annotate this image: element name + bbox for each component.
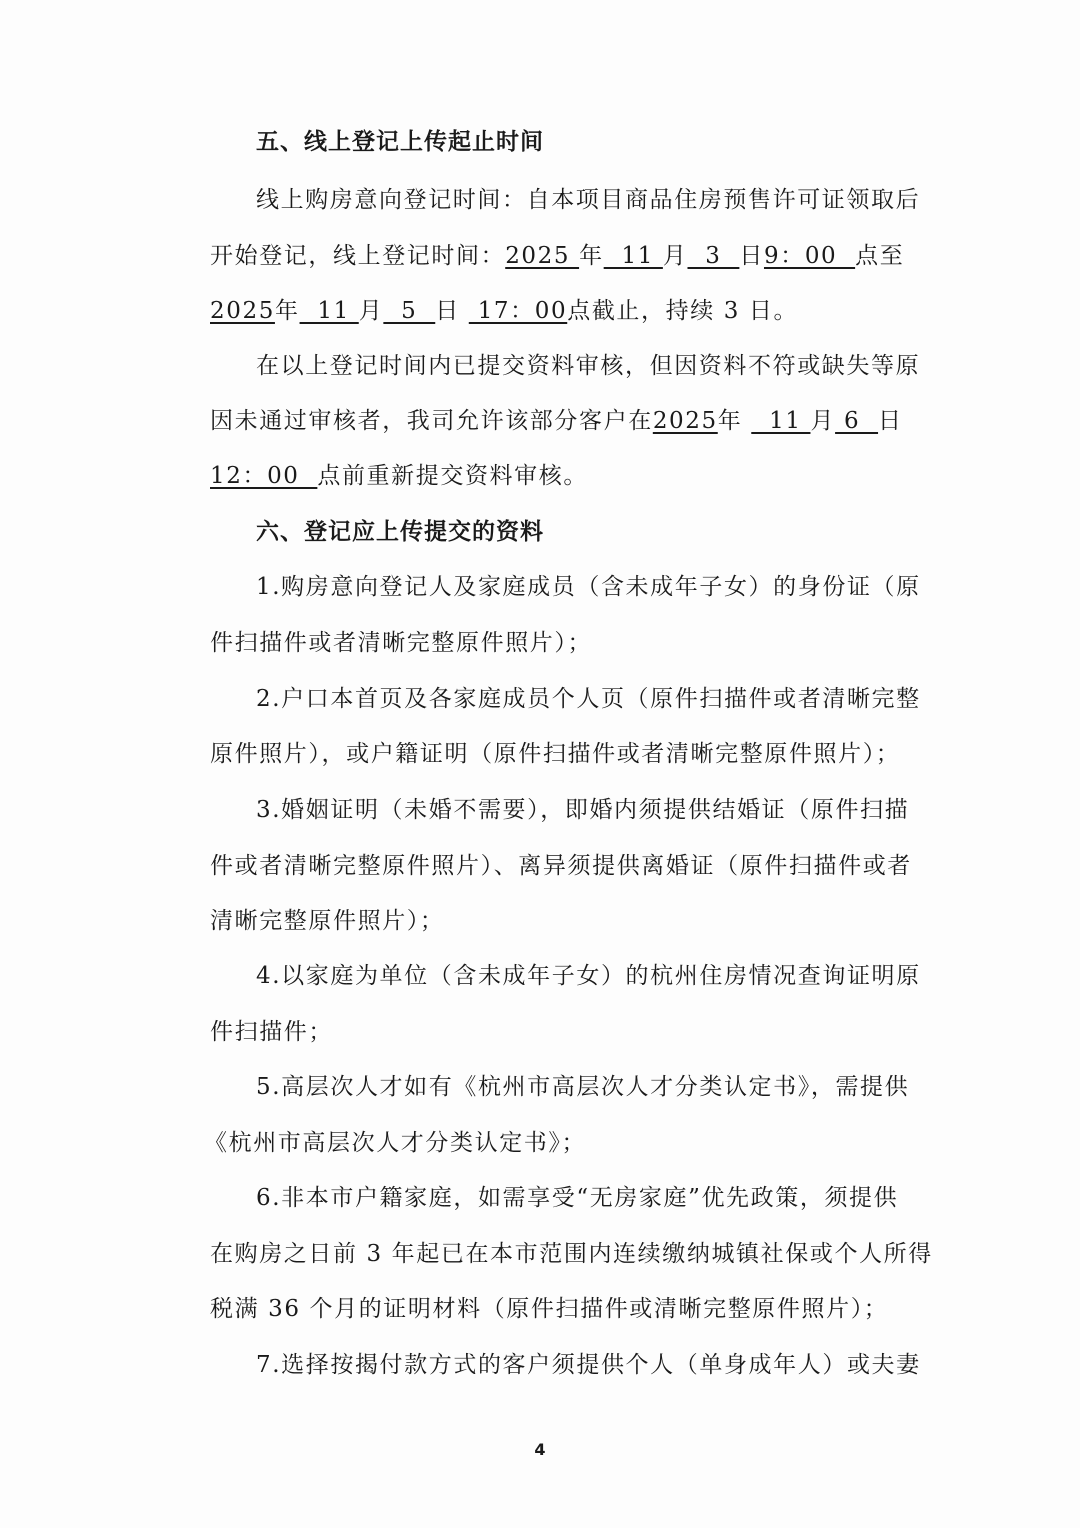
text: 月 bbox=[663, 243, 688, 269]
list-item-3-line-1: 3.婚姻证明（未婚不需要），即婚内须提供结婚证（原件扫描 bbox=[256, 790, 936, 830]
page-number: 4 bbox=[0, 1440, 1080, 1459]
section-5-para-1-line-2: 开始登记，线上登记时间：2025 年 11 月 3 日9：00 点至 bbox=[210, 236, 890, 276]
list-item-4-line-2: 件扫描件； bbox=[210, 1012, 890, 1052]
text: 日 bbox=[878, 408, 903, 434]
document-page: 五、线上登记上传起止时间 线上购房意向登记时间：自本项目商品住房预售许可证领取后… bbox=[0, 0, 1080, 1528]
text: 点至 bbox=[855, 243, 904, 269]
section-5-para-2-line-2: 因未通过审核者，我司允许该部分客户在2025年 11 月 6 日 bbox=[210, 401, 890, 441]
section-5-para-1-line-3: 2025年 11 月 5 日 17：00点截止，持续 3 日。 bbox=[210, 291, 890, 331]
list-item-4-line-1: 4.以家庭为单位（含未成年子女）的杭州住房情况查询证明原 bbox=[256, 956, 936, 996]
list-item-5-line-2: 《杭州市高层次人才分类认定书》； bbox=[204, 1123, 884, 1163]
list-item-6-line-1: 6.非本市户籍家庭，如需享受“无房家庭”优先政策，须提供 bbox=[256, 1178, 936, 1218]
text: 年 bbox=[579, 243, 604, 269]
list-item-6-line-3: 税满 36 个月的证明材料（原件扫描件或清晰完整原件照片）； bbox=[210, 1289, 890, 1329]
list-item-6-line-2: 在购房之日前 3 年起已在本市范围内连续缴纳城镇社保或个人所得 bbox=[210, 1234, 890, 1274]
resubmit-year-field: 2025 bbox=[653, 408, 718, 434]
text: 点前重新提交资料审核。 bbox=[317, 463, 588, 489]
start-day-field: 3 bbox=[687, 243, 739, 269]
list-item-1-line-2: 件扫描件或者清晰完整原件照片）； bbox=[210, 623, 890, 663]
list-item-2-line-2: 原件照片），或户籍证明（原件扫描件或者清晰完整原件照片）； bbox=[210, 734, 890, 774]
resubmit-day-field: 6 bbox=[835, 408, 878, 434]
section-5-heading: 五、线上登记上传起止时间 bbox=[256, 122, 936, 162]
start-year-field: 2025 bbox=[505, 243, 579, 269]
list-item-2-line-1: 2.户口本首页及各家庭成员个人页（原件扫描件或者清晰完整 bbox=[256, 679, 936, 719]
text: 点截止，持续 3 日。 bbox=[567, 298, 798, 324]
start-month-field: 11 bbox=[604, 243, 663, 269]
resubmit-month-field: 11 bbox=[751, 408, 810, 434]
text: 日 bbox=[739, 243, 764, 269]
list-item-1-line-1: 1.购房意向登记人及家庭成员（含未成年子女）的身份证（原 bbox=[256, 567, 936, 607]
end-month-field: 11 bbox=[300, 298, 359, 324]
section-5-para-2-line-3: 12：00 点前重新提交资料审核。 bbox=[210, 456, 890, 496]
section-6-heading: 六、登记应上传提交的资料 bbox=[256, 512, 936, 552]
text: 月 bbox=[359, 298, 384, 324]
list-item-3-line-2: 件或者清晰完整原件照片）、离异须提供离婚证（原件扫描件或者 bbox=[210, 846, 890, 886]
list-item-5-line-1: 5.高层次人才如有《杭州市高层次人才分类认定书》，需提供 bbox=[256, 1067, 936, 1107]
text: 因未通过审核者，我司允许该部分客户在 bbox=[210, 408, 653, 434]
text: 开始登记，线上登记时间： bbox=[210, 243, 505, 269]
text: 月 bbox=[810, 408, 835, 434]
start-time-field: 9：00 bbox=[764, 243, 855, 269]
end-day-field: 5 bbox=[383, 298, 435, 324]
section-5-para-2-line-1: 在以上登记时间内已提交资料审核，但因资料不符或缺失等原 bbox=[256, 346, 936, 386]
list-item-7-line-1: 7.选择按揭付款方式的客户须提供个人（单身成年人）或夫妻 bbox=[256, 1345, 936, 1385]
end-year-field: 2025 bbox=[210, 298, 275, 324]
end-time-field: 17：00 bbox=[469, 298, 567, 324]
resubmit-time-field: 12：00 bbox=[210, 463, 317, 489]
text: 年 bbox=[718, 408, 752, 434]
list-item-3-line-3: 清晰完整原件照片）； bbox=[210, 901, 890, 941]
text: 年 bbox=[275, 298, 300, 324]
section-5-para-1-line-1: 线上购房意向登记时间：自本项目商品住房预售许可证领取后 bbox=[256, 180, 936, 220]
text bbox=[460, 298, 469, 324]
text: 日 bbox=[435, 298, 460, 324]
